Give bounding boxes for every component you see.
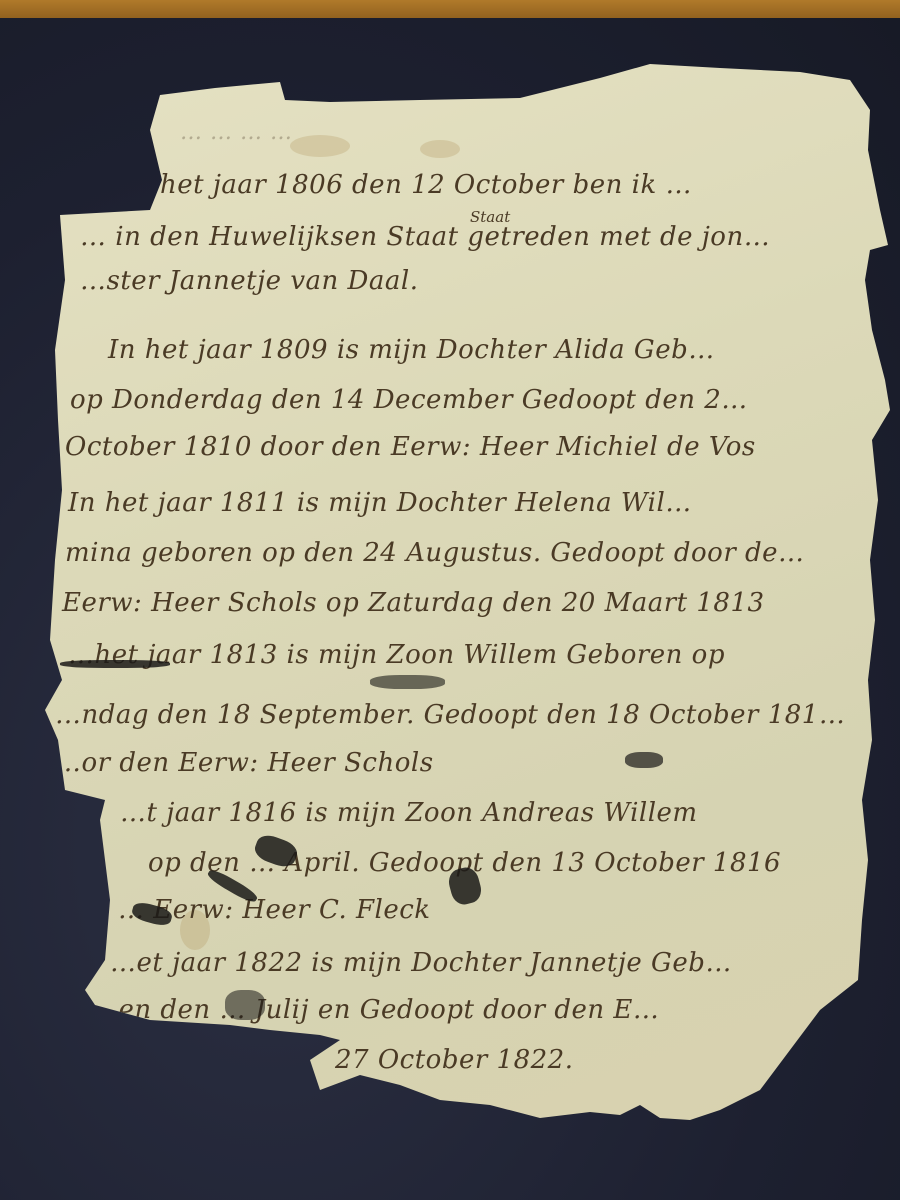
text-line-7: In het jaar 1811 is mijn Dochter Helena … [68,488,692,518]
paper-stain [290,135,350,157]
text-line-12: …or den Eerw: Heer Schols [55,748,434,778]
text-line-8: mina geboren op den 24 Augustus. Gedoopt… [65,538,805,568]
text-line-5: op Donderdag den 14 December Gedoopt den… [70,385,748,415]
faint-header-text: … … … … [180,120,292,145]
text-line-2: … in den Huwelijksen Staat getreden met … [80,222,770,252]
text-line-4: In het jaar 1809 is mijn Dochter Alida G… [108,335,715,365]
text-line-11: …ndag den 18 September. Gedoopt den 18 O… [55,700,845,730]
ink-strike [60,660,170,668]
text-line-1: het jaar 1806 den 12 October ben ik … [160,170,692,200]
wooden-table-edge [0,0,900,20]
text-line-3: …ster Jannetje van Daal. [80,266,418,296]
text-line-6: October 1810 door den Eerw: Heer Michiel… [65,432,756,462]
text-line-18: 27 October 1822. [335,1045,573,1075]
text-line-16: …et jaar 1822 is mijn Dochter Jannetje G… [110,948,732,978]
ink-blot [370,675,445,689]
ink-blot [625,752,663,768]
paper-stain [420,140,460,158]
text-line-13: …t jaar 1816 is mijn Zoon Andreas Willem [120,798,698,828]
ink-scribble [225,990,265,1020]
text-line-9: Eerw: Heer Schols op Zaturdag den 20 Maa… [62,588,765,618]
text-line-17: …en den … Julij en Gedoopt door den E… [92,995,659,1025]
